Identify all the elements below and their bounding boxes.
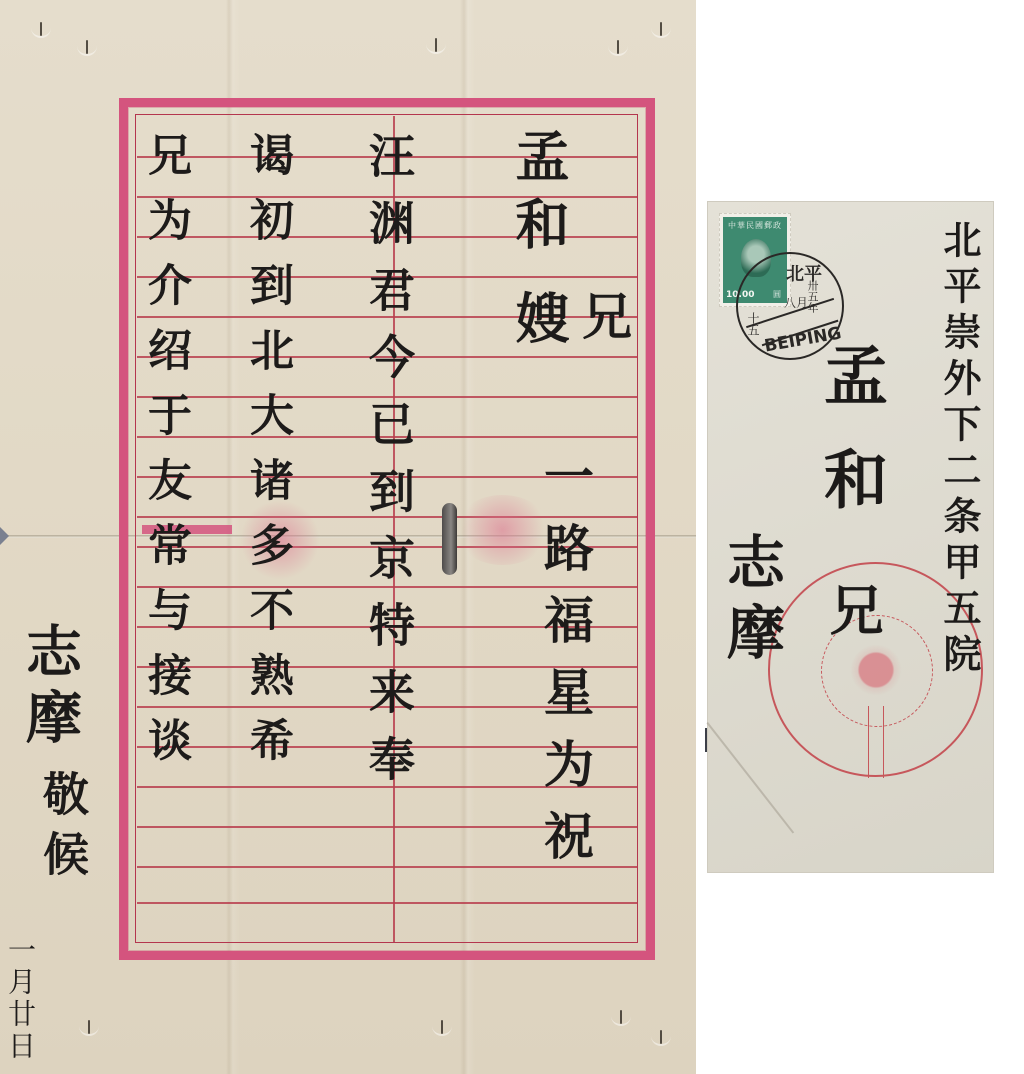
stamp-country: 中華民國郵政 <box>723 220 787 231</box>
letter-body-line-3: 兄为介绍于友常与接谈 <box>143 132 187 782</box>
ruled-line <box>137 902 637 904</box>
seal-stem <box>868 706 884 778</box>
letter-recipient-title-2: 嫂 <box>512 290 566 356</box>
seal-center-dot <box>850 644 902 696</box>
envelope-recipient-title: 兄 <box>826 582 880 636</box>
pinhole <box>40 22 42 36</box>
letter-recipient-title: 兄 <box>578 290 628 352</box>
letter-closing: 敬候 <box>40 770 86 890</box>
letter-date: 一月廿日 <box>6 935 34 1063</box>
letter-signature: 志摩 <box>22 622 78 754</box>
pinhole <box>617 40 619 54</box>
letter-body-line-1: 汪渊君今已到京特来奉 <box>366 132 412 802</box>
pinhole <box>441 1020 443 1034</box>
pinhole <box>660 22 662 36</box>
letter-body-line-2: 谒初到北大诸多不熟希 <box>245 132 289 782</box>
envelope-address: 北平崇外下二条甲五院 <box>940 220 978 680</box>
envelope-sender: 志摩 <box>722 532 780 672</box>
letter-recipient-name: 孟和 <box>512 128 566 264</box>
envelope-crease <box>706 722 794 834</box>
letter-blessing: 一路福星为祝 <box>540 450 590 882</box>
pinhole <box>88 1020 90 1034</box>
postmark-month: 八月 <box>784 294 808 311</box>
pinhole <box>86 40 88 54</box>
pinhole <box>620 1010 622 1024</box>
envelope: 中華民國郵政 10.00 圓 北平 卅五年 八月 十五 BEIPING 北平崇外… <box>708 202 993 872</box>
postmark-time: 十五 <box>745 312 762 336</box>
pinhole <box>660 1030 662 1044</box>
paper-hole <box>442 503 457 575</box>
envelope-recipient: 孟和 <box>818 342 882 550</box>
letter-sheet: 孟和 兄 嫂 一路福星为祝 汪渊君今已到京特来奉 谒初到北大诸多不熟希 兄为介绍… <box>0 0 696 1074</box>
pinhole <box>435 38 437 52</box>
fold-edge-marker <box>0 527 9 545</box>
